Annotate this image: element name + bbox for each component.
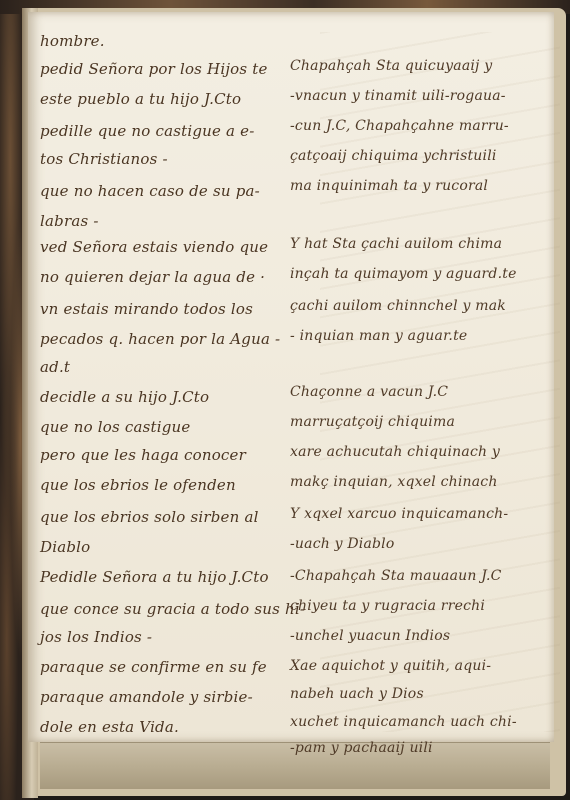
spanish-text-line: que no los castigue <box>40 418 190 436</box>
spanish-text-line: este pueblo a tu hijo J.Cto <box>40 90 241 108</box>
mayan-text-line: marruçatçoij chiquima <box>290 414 455 430</box>
mayan-text-line: - inquian man y aguar.te <box>290 328 467 344</box>
spanish-text-line: paraque amandole y sirbie- <box>40 688 253 706</box>
spanish-text-line: que los ebrios solo sirben al <box>40 508 259 526</box>
spanish-text-line: que no hacen caso de su pa- <box>40 182 260 200</box>
mayan-text-line: -Chapahçah Sta mauaaun J.C <box>290 568 502 584</box>
spanish-text-line: hombre. <box>40 32 105 50</box>
bleed-through-text <box>320 32 560 732</box>
spanish-text-line: que conce su gracia a todo sus hi- <box>40 600 305 618</box>
spanish-text-line: pedille que no castigue a e- <box>40 122 255 140</box>
mayan-text-line: nabeh uach y Dios <box>290 686 424 702</box>
spanish-text-line: pero que les haga conocer <box>40 446 246 464</box>
mayan-text-line: çatçoaij chiquima ychristuili <box>290 148 497 164</box>
spanish-text-line: no quieren dejar la agua de · <box>40 268 265 286</box>
mayan-text-line: Y xqxel xarcuo inquicamanch- <box>290 506 508 522</box>
spanish-text-line: pecados q. hacen por la Agua - <box>40 330 280 348</box>
mayan-text-line: chiyeu ta y rugracia rrechi <box>290 598 485 614</box>
mayan-text-line: xare achucutah chiquinach y <box>290 444 500 460</box>
spanish-text-line: que los ebrios le ofenden <box>40 476 236 494</box>
mayan-text-line: Xae aquichot y quitih, aqui- <box>290 658 491 674</box>
mayan-text-line: çachi auilom chinnchel y mak <box>290 298 506 314</box>
mayan-text-line: Chapahçah Sta quicuyaaij y <box>290 58 492 74</box>
mayan-text-line: inçah ta quimayom y aguard.te <box>290 266 517 282</box>
spanish-text-line: Diablo <box>40 538 90 556</box>
mayan-text-line: xuchet inquicamanch uach chi- <box>290 714 517 730</box>
manuscript-text: hombre.pedid Señora por los Hijos teeste… <box>40 22 550 742</box>
spanish-text-line: jos los Indios - <box>40 628 152 646</box>
spanish-text-line: ad.t <box>40 358 70 376</box>
mayan-text-line: -uach y Diablo <box>290 536 394 552</box>
spanish-text-line: vn estais mirando todos los <box>40 300 253 318</box>
spanish-text-line: tos Christianos - <box>40 150 168 168</box>
mayan-text-line: -unchel yuacun Indios <box>290 628 450 644</box>
spanish-text-line: decidle a su hijo J.Cto <box>40 388 209 406</box>
spanish-text-line: dole en esta Vida. <box>40 718 179 736</box>
spanish-text-line: paraque se confirme en su fe <box>40 658 267 676</box>
mayan-text-line: -pam y pachaaij uili <box>290 740 433 756</box>
mayan-text-line: ma inquinimah ta y rucoral <box>290 178 488 194</box>
mayan-text-line: Y hat Sta çachi auilom chima <box>290 236 502 252</box>
spanish-text-line: ved Señora estais viendo que <box>40 238 268 256</box>
spanish-text-line: Pedidle Señora a tu hijo J.Cto <box>40 568 269 586</box>
mayan-text-line: -vnacun y tinamit uili-rogaua- <box>290 88 506 104</box>
spanish-text-line: pedid Señora por los Hijos te <box>40 60 268 78</box>
mayan-text-line: -cun J.C, Chapahçahne marru- <box>290 118 509 134</box>
mayan-text-line: makç inquian, xqxel chinach <box>290 474 498 490</box>
spanish-text-line: labras - <box>40 212 99 230</box>
mayan-text-line: Chaçonne a vacun J.C <box>290 384 448 400</box>
